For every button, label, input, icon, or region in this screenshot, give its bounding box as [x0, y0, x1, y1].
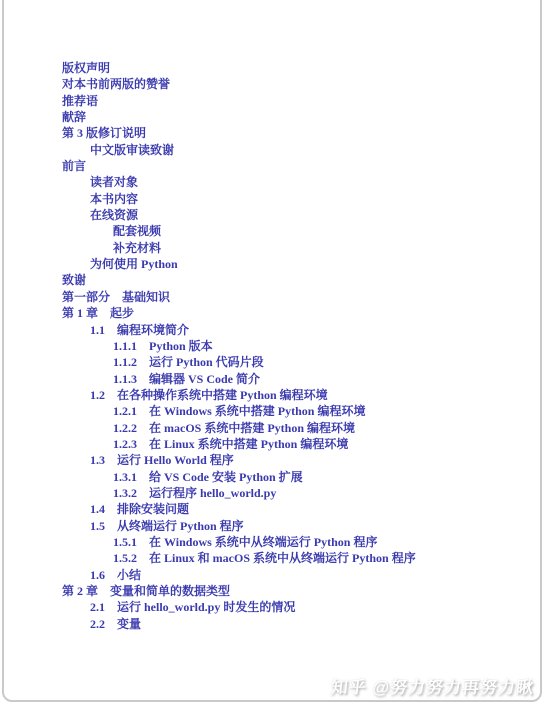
toc-entry-number: 1.2	[90, 387, 105, 403]
toc-entry[interactable]: 在线资源	[0, 207, 536, 223]
toc-entry-number: 1.1	[90, 322, 105, 338]
toc-entry[interactable]: 1.6 小结	[0, 567, 536, 583]
toc-entry-number: 1.4	[90, 501, 105, 517]
toc-entry[interactable]: 为何使用 Python	[0, 256, 536, 272]
toc-entry[interactable]: 中文版审读致谢	[0, 142, 536, 158]
toc-entry[interactable]: 第 3 版修订说明	[0, 125, 536, 141]
toc-entry-number: 1.2.1	[113, 403, 137, 419]
toc-entry-title: 运行 Python 代码片段	[149, 354, 264, 370]
toc-entry-title: 对本书前两版的赞誉	[62, 76, 170, 92]
toc-entry[interactable]: 版权声明	[0, 60, 536, 76]
toc-entry[interactable]: 补充材料	[0, 240, 536, 256]
toc-entry[interactable]: 1.2.1 在 Windows 系统中搭建 Python 编程环境	[0, 403, 536, 419]
toc-entry-title: 编程环境简介	[117, 322, 189, 338]
toc-entry[interactable]: 1.1.3 编辑器 VS Code 简介	[0, 371, 536, 387]
toc-entry-number: 1.3.1	[113, 469, 137, 485]
toc-entry-title: 为何使用 Python	[90, 256, 178, 272]
toc-entry-number: 第 1 章	[62, 305, 98, 321]
toc-entry[interactable]: 前言	[0, 158, 536, 174]
toc-entry-title: 从终端运行 Python 程序	[117, 518, 244, 534]
toc-entry-title: 排除安装问题	[117, 501, 189, 517]
toc-entry-number: 第一部分	[62, 289, 110, 305]
toc-entry-title: 基础知识	[122, 289, 170, 305]
toc-entry-number: 1.1.1	[113, 338, 137, 354]
toc-entry-title: 变量和简单的数据类型	[110, 583, 230, 599]
toc-entry[interactable]: 致谢	[0, 272, 536, 288]
toc-entry[interactable]: 第一部分 基础知识	[0, 289, 536, 305]
toc-entry[interactable]: 1.2 在各种操作系统中搭建 Python 编程环境	[0, 387, 536, 403]
toc-entry-title: 版权声明	[62, 60, 110, 76]
toc-entry-title: 运行程序 hello_world.py	[149, 485, 276, 501]
toc-entry-number: 1.5	[90, 518, 105, 534]
toc-entry[interactable]: 1.5.2 在 Linux 和 macOS 系统中从终端运行 Python 程序	[0, 550, 536, 566]
toc-entry[interactable]: 2.2 变量	[0, 616, 536, 632]
toc-entry[interactable]: 献辞	[0, 109, 536, 125]
toc-entry[interactable]: 读者对象	[0, 174, 536, 190]
toc-entry-title: 给 VS Code 安装 Python 扩展	[149, 469, 303, 485]
toc-entry-number: 1.2.3	[113, 436, 137, 452]
toc-entry[interactable]: 推荐语	[0, 93, 536, 109]
toc-entry-title: 配套视频	[113, 223, 161, 239]
toc-entry-title: 变量	[117, 616, 141, 632]
table-of-contents: 版权声明 对本书前两版的赞誉 推荐语 献辞 第 3 版修订说明 中文版审读致谢 …	[0, 60, 536, 632]
toc-entry[interactable]: 1.3 运行 Hello World 程序	[0, 452, 536, 468]
toc-entry-number: 1.6	[90, 567, 105, 583]
toc-entry-title: 在线资源	[90, 207, 138, 223]
toc-entry[interactable]: 1.4 排除安装问题	[0, 501, 536, 517]
toc-entry-title: 在 Windows 系统中搭建 Python 编程环境	[149, 403, 365, 419]
toc-entry-title: 运行 Hello World 程序	[117, 452, 234, 468]
toc-entry[interactable]: 1.5 从终端运行 Python 程序	[0, 518, 536, 534]
toc-entry-title: 中文版审读致谢	[90, 142, 174, 158]
toc-entry-title: Python 版本	[149, 338, 213, 354]
toc-entry-title: 编辑器 VS Code 简介	[149, 371, 260, 387]
toc-entry-title: 运行 hello_world.py 时发生的情况	[117, 599, 295, 615]
toc-entry-number: 1.1.2	[113, 354, 137, 370]
toc-entry[interactable]: 对本书前两版的赞誉	[0, 76, 536, 92]
toc-entry-number: 1.3.2	[113, 485, 137, 501]
toc-entry[interactable]: 1.1.1 Python 版本	[0, 338, 536, 354]
toc-entry[interactable]: 1.2.2 在 macOS 系统中搭建 Python 编程环境	[0, 420, 536, 436]
toc-entry[interactable]: 1.3.2 运行程序 hello_world.py	[0, 485, 536, 501]
toc-entry[interactable]: 1.3.1 给 VS Code 安装 Python 扩展	[0, 469, 536, 485]
toc-entry-title: 在 Linux 系统中搭建 Python 编程环境	[149, 436, 348, 452]
toc-entry-title: 推荐语	[62, 93, 98, 109]
toc-entry-title: 补充材料	[113, 240, 161, 256]
toc-entry-number: 2.1	[90, 599, 105, 615]
toc-entry-title: 第 3 版修订说明	[62, 125, 146, 141]
toc-entry[interactable]: 第 2 章 变量和简单的数据类型	[0, 583, 536, 599]
toc-entry-title: 在 Linux 和 macOS 系统中从终端运行 Python 程序	[149, 550, 416, 566]
toc-entry-number: 1.5.1	[113, 534, 137, 550]
toc-entry[interactable]: 1.2.3 在 Linux 系统中搭建 Python 编程环境	[0, 436, 536, 452]
toc-entry[interactable]: 1.1 编程环境简介	[0, 322, 536, 338]
toc-entry-title: 在各种操作系统中搭建 Python 编程环境	[117, 387, 328, 403]
toc-entry-title: 读者对象	[90, 174, 138, 190]
toc-entry-number: 1.1.3	[113, 371, 137, 387]
toc-entry-number: 1.5.2	[113, 550, 137, 566]
toc-entry-title: 献辞	[62, 109, 86, 125]
toc-entry-title: 在 macOS 系统中搭建 Python 编程环境	[149, 420, 355, 436]
toc-entry-number: 2.2	[90, 616, 105, 632]
toc-entry-title: 致谢	[62, 272, 86, 288]
toc-entry[interactable]: 2.1 运行 hello_world.py 时发生的情况	[0, 599, 536, 615]
toc-entry[interactable]: 本书内容	[0, 191, 536, 207]
toc-entry-title: 在 Windows 系统中从终端运行 Python 程序	[149, 534, 377, 550]
toc-entry-title: 小结	[117, 567, 141, 583]
toc-entry-number: 第 2 章	[62, 583, 98, 599]
toc-entry-title: 起步	[110, 305, 134, 321]
toc-entry[interactable]: 配套视频	[0, 223, 536, 239]
toc-entry-title: 本书内容	[90, 191, 138, 207]
toc-entry-title: 前言	[62, 158, 86, 174]
zhihu-watermark: 知乎 @努力努力再努力瞅	[329, 673, 535, 698]
toc-entry-number: 1.2.2	[113, 420, 137, 436]
toc-entry[interactable]: 第 1 章 起步	[0, 305, 536, 321]
toc-entry[interactable]: 1.1.2 运行 Python 代码片段	[0, 354, 536, 370]
toc-entry-number: 1.3	[90, 452, 105, 468]
toc-entry[interactable]: 1.5.1 在 Windows 系统中从终端运行 Python 程序	[0, 534, 536, 550]
